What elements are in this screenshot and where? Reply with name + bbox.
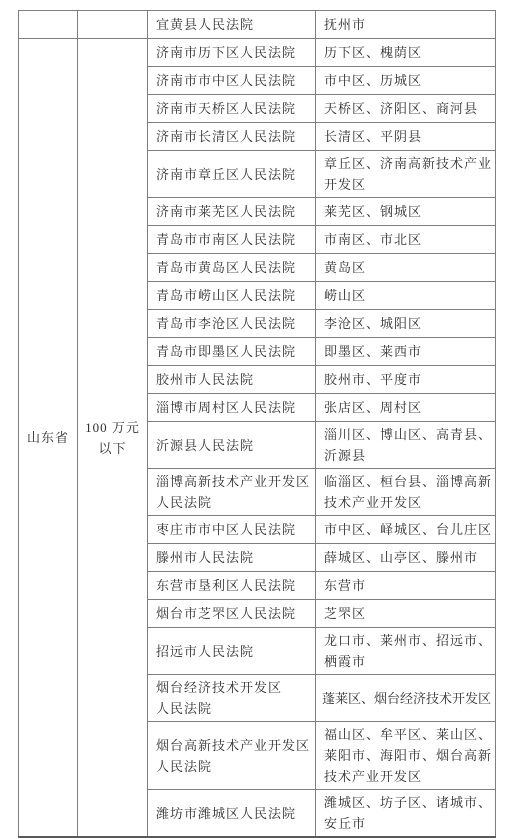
jurisdiction-area: 张店区、周村区 [316, 394, 496, 422]
court-name: 济南市章丘区人民法院 [148, 151, 316, 198]
court-name: 青岛市市南区人民法院 [148, 226, 316, 254]
court-name: 胶州市人民法院 [148, 366, 316, 394]
court-name: 沂源县人民法院 [148, 422, 316, 469]
jurisdiction-area: 李沧区、城阳区 [316, 310, 496, 338]
jurisdiction-area: 东营市 [316, 572, 496, 600]
province-cell: 山东省 [19, 39, 78, 780]
court-name: 淄博高新技术产业开发区 人民法院 [148, 469, 316, 516]
jurisdiction-area: 莱芜区、钢城区 [316, 198, 496, 226]
jurisdiction-area: 临淄区、桓台县、淄博高新 技术产业开发区 [316, 469, 496, 516]
court-name: 滕州市人民法院 [148, 544, 316, 572]
court-name: 烟台高新技术产业开发区 人民法院 [148, 722, 316, 780]
jurisdiction-area: 芝罘区 [316, 600, 496, 628]
court-name: 青岛市李沧区人民法院 [148, 310, 316, 338]
court-name: 济南市市中区人民法院 [148, 67, 316, 95]
jurisdiction-area: 崂山区 [316, 282, 496, 310]
jurisdiction-area: 胶州市、平度市 [316, 366, 496, 394]
court-name: 济南市天桥区人民法院 [148, 95, 316, 123]
jurisdiction-area: 市中区、历城区 [316, 67, 496, 95]
court-name: 宜黄县人民法院 [148, 11, 316, 39]
court-name: 青岛市即墨区人民法院 [148, 338, 316, 366]
court-name: 烟台市芝罘区人民法院 [148, 600, 316, 628]
jurisdiction-area: 章丘区、济南高新技术产业 开发区 [316, 151, 496, 198]
jurisdiction-table: 宜黄县人民法院 抚州市 山东省 100 万元 以下 济南市历下区人民法院 历下区… [18, 10, 496, 779]
jurisdiction-area: 薛城区、山亭区、滕州市 [316, 544, 496, 572]
court-name: 烟台经济技术开发区 人民法院 [148, 675, 316, 722]
jurisdiction-area: 福山区、牟平区、莱山区、 莱阳市、海阳市、烟台高新 技术产业开发区 [316, 722, 496, 780]
jurisdiction-area: 黄岛区 [316, 254, 496, 282]
jurisdiction-area: 历下区、槐荫区 [316, 39, 496, 67]
table-row: 宜黄县人民法院 抚州市 [19, 11, 496, 39]
court-name: 招远市人民法院 [148, 628, 316, 675]
amount-cell-continued [78, 11, 148, 39]
court-name: 青岛市黄岛区人民法院 [148, 254, 316, 282]
court-name: 济南市历下区人民法院 [148, 39, 316, 67]
jurisdiction-area: 天桥区、济阳区、商河县 [316, 95, 496, 123]
court-name: 青岛市崂山区人民法院 [148, 282, 316, 310]
jurisdiction-area: 龙口市、莱州市、招远市、 栖霞市 [316, 628, 496, 675]
amount-cell: 100 万元 以下 [78, 39, 148, 780]
court-name: 济南市莱芜区人民法院 [148, 198, 316, 226]
province-cell-continued [19, 11, 78, 39]
jurisdiction-area: 抚州市 [316, 11, 496, 39]
court-name: 东营市垦利区人民法院 [148, 572, 316, 600]
jurisdiction-area: 即墨区、莱西市 [316, 338, 496, 366]
jurisdiction-area: 市中区、峄城区、台儿庄区 [316, 516, 496, 544]
jurisdiction-area: 市南区、市北区 [316, 226, 496, 254]
jurisdiction-area: 蓬莱区、烟台经济技术开发区 [316, 675, 496, 722]
court-name: 枣庄市市中区人民法院 [148, 516, 316, 544]
jurisdiction-area: 长清区、平阴县 [316, 123, 496, 151]
court-name: 淄博市周村区人民法院 [148, 394, 316, 422]
jurisdiction-area: 淄川区、博山区、高青县、 沂源县 [316, 422, 496, 469]
table-row: 山东省 100 万元 以下 济南市历下区人民法院 历下区、槐荫区 [19, 39, 496, 67]
court-name: 济南市长清区人民法院 [148, 123, 316, 151]
